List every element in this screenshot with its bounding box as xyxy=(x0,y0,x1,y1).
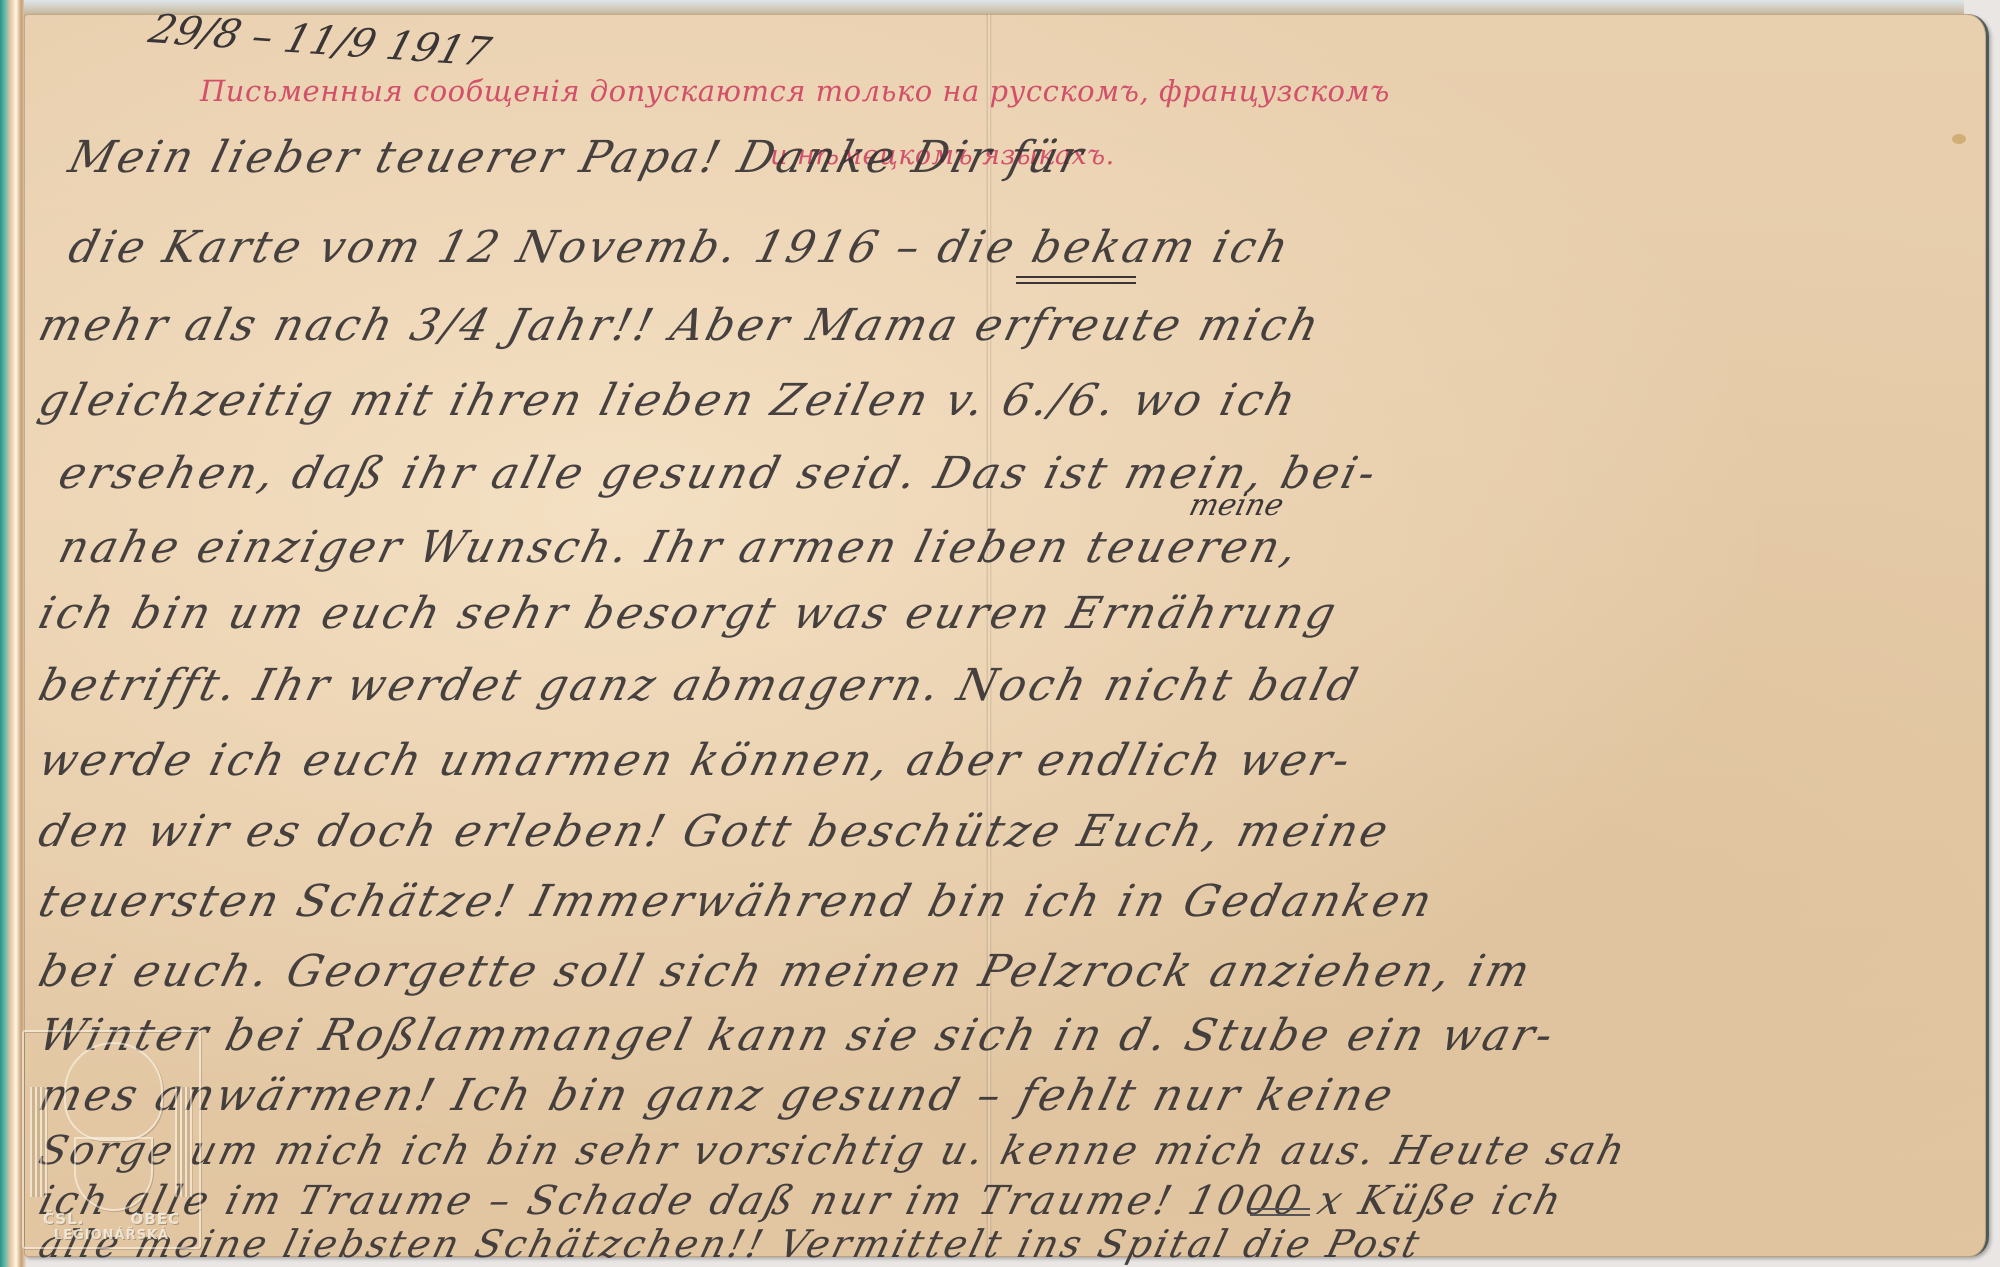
paper-stain xyxy=(1952,134,1966,144)
stamp-text-line-2: LEGIONÁŘSKÁ xyxy=(24,1228,199,1243)
embossed-legion-stamp: ČSL. OBEC LEGIONÁŘSKÁ xyxy=(22,1030,201,1249)
handwritten-line: den wir es doch erleben! Gott beschütze … xyxy=(34,806,1396,857)
handwritten-line: mehr als nach 3/4 Jahr!! Aber Mama erfre… xyxy=(34,300,1327,351)
handwritten-line: ich bin um euch sehr besorgt was euren E… xyxy=(34,588,1344,639)
handwritten-line: betrifft. Ihr werdet ganz abmagern. Noch… xyxy=(34,660,1366,711)
underline-kisses xyxy=(1250,1208,1310,1216)
printed-notice-line-1: Письменныя сообщенія допускаются только … xyxy=(200,74,1390,108)
handwritten-line: ersehen, daß ihr alle gesund seid. Das i… xyxy=(54,448,1384,499)
handwritten-line: Mein lieber teuerer Papa! Danke Dir für xyxy=(64,132,1091,183)
coat-of-arms-icon xyxy=(74,1137,153,1211)
handwritten-line: ich alle im Traume – Schade daß nur im T… xyxy=(34,1178,1568,1224)
handwritten-line: teuersten Schätze! Immerwährend bin ich … xyxy=(34,876,1440,927)
handwritten-line: bei euch. Georgette soll sich meinen Pel… xyxy=(34,946,1538,997)
handwritten-line: nahe einziger Wunsch. Ihr armen lieben t… xyxy=(54,522,1306,573)
handwritten-line: die Karte vom 12 Novemb. 1916 – die beka… xyxy=(64,222,1297,273)
handwritten-line: alle meine liebsten Schätzchen!! Vermitt… xyxy=(35,1222,1427,1266)
handwritten-line: mes anwärmen! Ich bin ganz gesund – fehl… xyxy=(34,1070,1401,1121)
interlinear-insert: meine xyxy=(1186,488,1288,523)
stamp-pillar-icon xyxy=(30,1087,48,1197)
stamp-pillar-icon xyxy=(175,1087,193,1197)
handwritten-line: Sorge um mich ich bin sehr vorsichtig u.… xyxy=(34,1128,1632,1174)
handwritten-line: gleichzeitig mit ihren lieben Zeilen v. … xyxy=(34,375,1304,426)
handwritten-line: Winter bei Roßlammangel kann sie sich in… xyxy=(34,1010,1561,1061)
stamp-text-line-1: ČSL. OBEC xyxy=(24,1210,199,1228)
soldier-portrait-icon xyxy=(64,1042,163,1141)
underline-year xyxy=(1016,276,1136,284)
handwritten-line: werde ich euch umarmen können, aber endl… xyxy=(34,735,1358,786)
